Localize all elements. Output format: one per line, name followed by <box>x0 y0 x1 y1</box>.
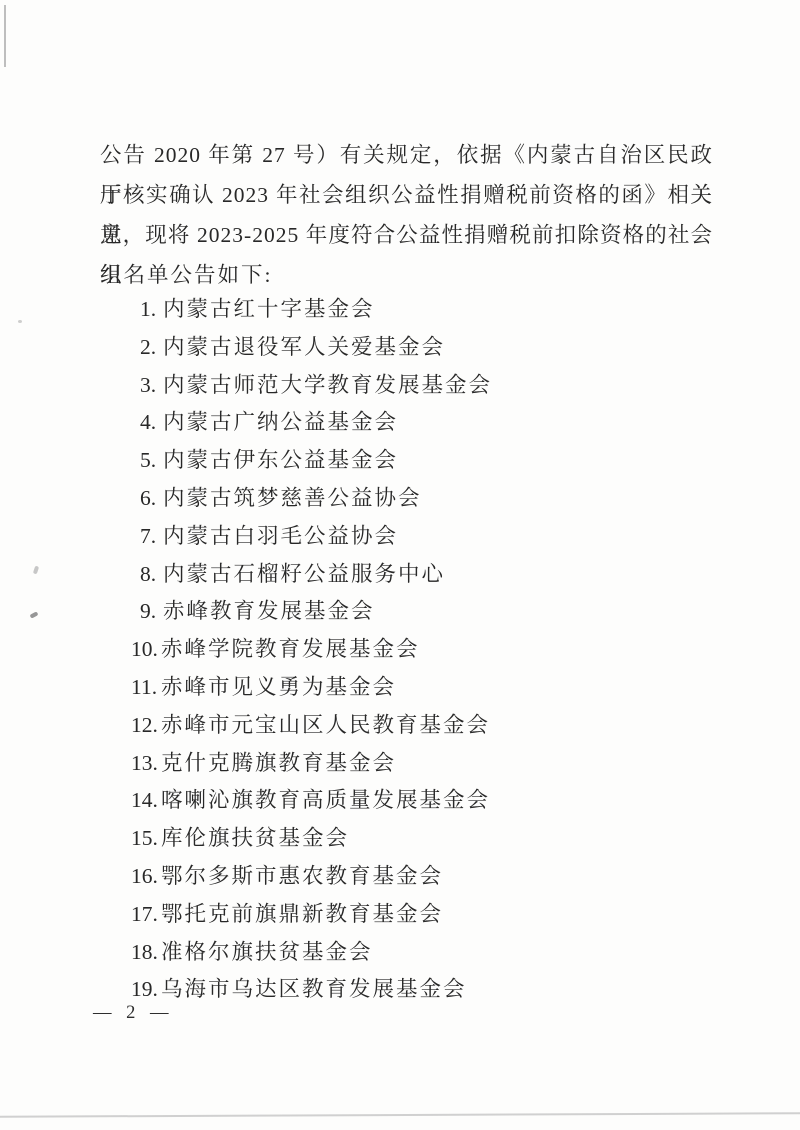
paragraph-line: 织名单公告如下: <box>100 255 713 295</box>
item-name: 内蒙古广纳公益基金会 <box>163 404 398 442</box>
item-name: 赤峰市见义勇为基金会 <box>161 669 396 707</box>
list-item: 5.内蒙古伊东公益基金会 <box>100 442 720 480</box>
item-name: 准格尔旗扶贫基金会 <box>161 934 373 972</box>
item-name: 库伦旗扶贫基金会 <box>161 820 349 858</box>
list-item: 7.内蒙古白羽毛公益协会 <box>100 518 720 556</box>
item-number: 7. <box>140 518 163 556</box>
item-name: 赤峰学院教育发展基金会 <box>161 631 420 669</box>
list-item: 4.内蒙古广纳公益基金会 <box>100 404 720 442</box>
item-number: 18. <box>131 934 161 972</box>
item-number: 13. <box>131 745 161 783</box>
paragraph-line: 公告 2020 年第 27 号）有关规定，依据《内蒙古自治区民政厅关 <box>100 135 713 175</box>
item-number: 2. <box>140 329 163 367</box>
item-name: 鄂托克前旗鼎新教育基金会 <box>161 896 443 934</box>
list-item: 3.内蒙古师范大学教育发展基金会 <box>100 367 720 405</box>
paragraph-line: 于核实确认 2023 年社会组织公益性捐赠税前资格的函》相关意 <box>100 175 713 215</box>
item-number: 17. <box>131 896 161 934</box>
item-name: 赤峰市元宝山区人民教育基金会 <box>161 707 490 745</box>
item-number: 4. <box>140 404 163 442</box>
list-item: 8.内蒙古石榴籽公益服务中心 <box>100 556 720 594</box>
list-item: 16.鄂尔多斯市惠农教育基金会 <box>100 858 720 896</box>
item-name: 内蒙古退役军人关爱基金会 <box>163 329 445 367</box>
paragraph-line: 见，现将 2023-2025 年度符合公益性捐赠税前扣除资格的社会组 <box>100 215 713 255</box>
scan-artifact-speck <box>18 320 22 323</box>
item-name: 赤峰教育发展基金会 <box>163 593 375 631</box>
list-item: 2.内蒙古退役军人关爱基金会 <box>100 329 720 367</box>
item-number: 6. <box>140 480 163 518</box>
organization-list: 1.内蒙古红十字基金会2.内蒙古退役军人关爱基金会3.内蒙古师范大学教育发展基金… <box>100 291 720 1009</box>
list-item: 9.赤峰教育发展基金会 <box>100 593 720 631</box>
item-number: 10. <box>131 631 161 669</box>
list-item: 14.喀喇沁旗教育高质量发展基金会 <box>100 782 720 820</box>
item-number: 3. <box>140 367 163 405</box>
list-item: 6.内蒙古筑梦慈善公益协会 <box>100 480 720 518</box>
item-number: 14. <box>131 782 161 820</box>
item-number: 8. <box>140 556 163 594</box>
scan-artifact-paper-edge <box>0 1112 800 1117</box>
item-number: 9. <box>140 593 163 631</box>
item-name: 内蒙古伊东公益基金会 <box>163 442 398 480</box>
item-number: 11. <box>131 669 161 707</box>
document-page: 公告 2020 年第 27 号）有关规定，依据《内蒙古自治区民政厅关 于核实确认… <box>0 0 800 1130</box>
list-item: 1.内蒙古红十字基金会 <box>100 291 720 329</box>
list-item: 15.库伦旗扶贫基金会 <box>100 820 720 858</box>
item-number: 5. <box>140 442 163 480</box>
scan-artifact-left-edge <box>4 5 6 67</box>
item-name: 乌海市乌达区教育发展基金会 <box>161 971 467 1009</box>
list-item: 13.克什克腾旗教育基金会 <box>100 745 720 783</box>
list-item: 18.准格尔旗扶贫基金会 <box>100 934 720 972</box>
item-name: 喀喇沁旗教育高质量发展基金会 <box>161 782 490 820</box>
scan-artifact-speck <box>33 566 39 575</box>
item-name: 内蒙古白羽毛公益协会 <box>163 518 398 556</box>
list-item: 10.赤峰学院教育发展基金会 <box>100 631 720 669</box>
item-name: 鄂尔多斯市惠农教育基金会 <box>161 858 443 896</box>
item-name: 内蒙古师范大学教育发展基金会 <box>163 367 492 405</box>
list-item: 19.乌海市乌达区教育发展基金会 <box>100 971 720 1009</box>
item-name: 内蒙古红十字基金会 <box>163 291 375 329</box>
list-item: 17.鄂托克前旗鼎新教育基金会 <box>100 896 720 934</box>
item-number: 16. <box>131 858 161 896</box>
list-item: 12.赤峰市元宝山区人民教育基金会 <box>100 707 720 745</box>
list-item: 11.赤峰市见义勇为基金会 <box>100 669 720 707</box>
scan-artifact-speck <box>30 611 39 618</box>
body-paragraph: 公告 2020 年第 27 号）有关规定，依据《内蒙古自治区民政厅关 于核实确认… <box>100 135 713 295</box>
item-name: 克什克腾旗教育基金会 <box>161 745 396 783</box>
item-number: 1. <box>140 291 163 329</box>
item-name: 内蒙古石榴籽公益服务中心 <box>163 556 445 594</box>
page-number: — 2 — <box>93 1003 174 1024</box>
item-number: 15. <box>131 820 161 858</box>
item-number: 12. <box>131 707 161 745</box>
item-name: 内蒙古筑梦慈善公益协会 <box>163 480 422 518</box>
